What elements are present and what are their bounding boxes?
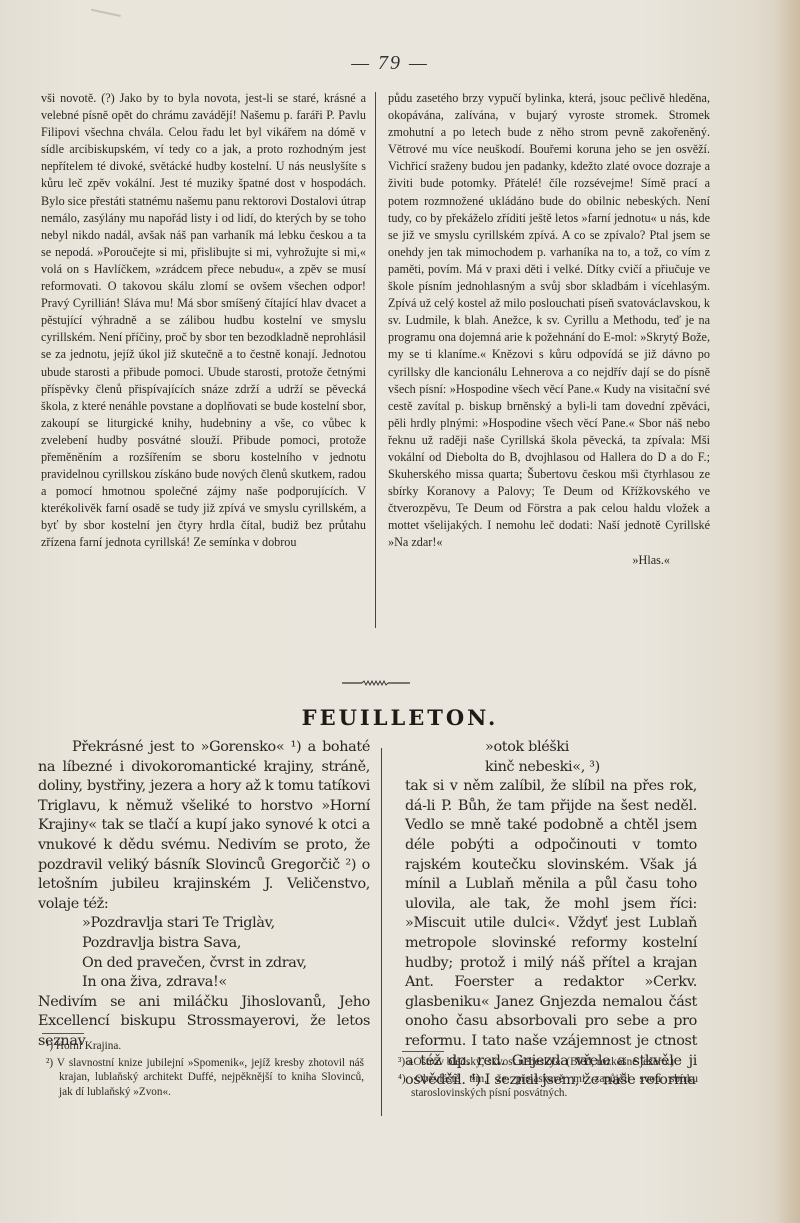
footnote-rule-right	[402, 1051, 444, 1052]
footnotes-right: ³) »Ostrov bledský, skvost nebeský«. (Bl…	[398, 1055, 698, 1104]
article-signature: »Hlas.«	[388, 552, 710, 569]
feuilleton-right-column: »otok bléški kinč nebeski«, ³) tak si v …	[405, 738, 697, 1091]
scanned-page: — 79 — vši novotě. (?) Jako by to byla n…	[0, 0, 800, 1223]
footnote-3: ³) »Ostrov bledský, skvost nebeský«. (Bl…	[398, 1055, 698, 1069]
section-ornament-icon	[342, 680, 410, 686]
feuilleton-paragraph-1: Překrásné jest to »Gorensko« ¹) a bohaté…	[38, 738, 370, 914]
column-divider-upper	[375, 92, 376, 628]
verse-line: Pozdravlja bistra Sava,	[82, 934, 370, 954]
verse-line: »otok bléški	[485, 738, 697, 758]
column-divider-lower	[381, 748, 382, 1116]
feuilleton-verse-left: »Pozdravlja stari Te Triglàv, Pozdravlja…	[38, 914, 370, 992]
verse-line: kinč nebeski«, ³)	[485, 758, 697, 778]
pencil-mark-decoration	[91, 0, 123, 17]
footnote-2: ²) V slavnostní knize jubilejní »Spomeni…	[46, 1056, 364, 1099]
upper-right-text: půdu zasetého brzy vypučí bylinka, která…	[388, 90, 710, 552]
verse-line: On ded pravečen, čvrst in zdrav,	[82, 954, 370, 974]
footnote-rule-left	[42, 1033, 84, 1034]
page-number: — 79 —	[340, 52, 440, 75]
footnote-1: ¹) Horní Krajina.	[46, 1039, 364, 1053]
feuilleton-verse-right: »otok bléški kinč nebeski«, ³)	[405, 738, 697, 777]
footnote-4: ⁴) Obzvláště tím, že přelaskavě mi zapůj…	[398, 1072, 698, 1100]
feuilleton-paragraph-right: tak si v něm zalíbil, že slíbil na přes …	[405, 777, 697, 1091]
feuilleton-left-column: Překrásné jest to »Gorensko« ¹) a bohaté…	[38, 738, 370, 1052]
feuilleton-heading: FEUILLETON.	[240, 705, 560, 730]
verse-line: In ona živa, zdrava!«	[82, 973, 370, 993]
verse-line: »Pozdravlja stari Te Triglàv,	[82, 914, 370, 934]
upper-right-column: půdu zasetého brzy vypučí bylinka, která…	[388, 90, 710, 569]
upper-left-column: vši novotě. (?) Jako by to byla novota, …	[41, 90, 366, 552]
page-edge-shadow	[776, 0, 800, 1223]
footnotes-left: ¹) Horní Krajina. ²) V slavnostní knize …	[46, 1039, 364, 1102]
upper-left-text: vši novotě. (?) Jako by to byla novota, …	[41, 90, 366, 552]
